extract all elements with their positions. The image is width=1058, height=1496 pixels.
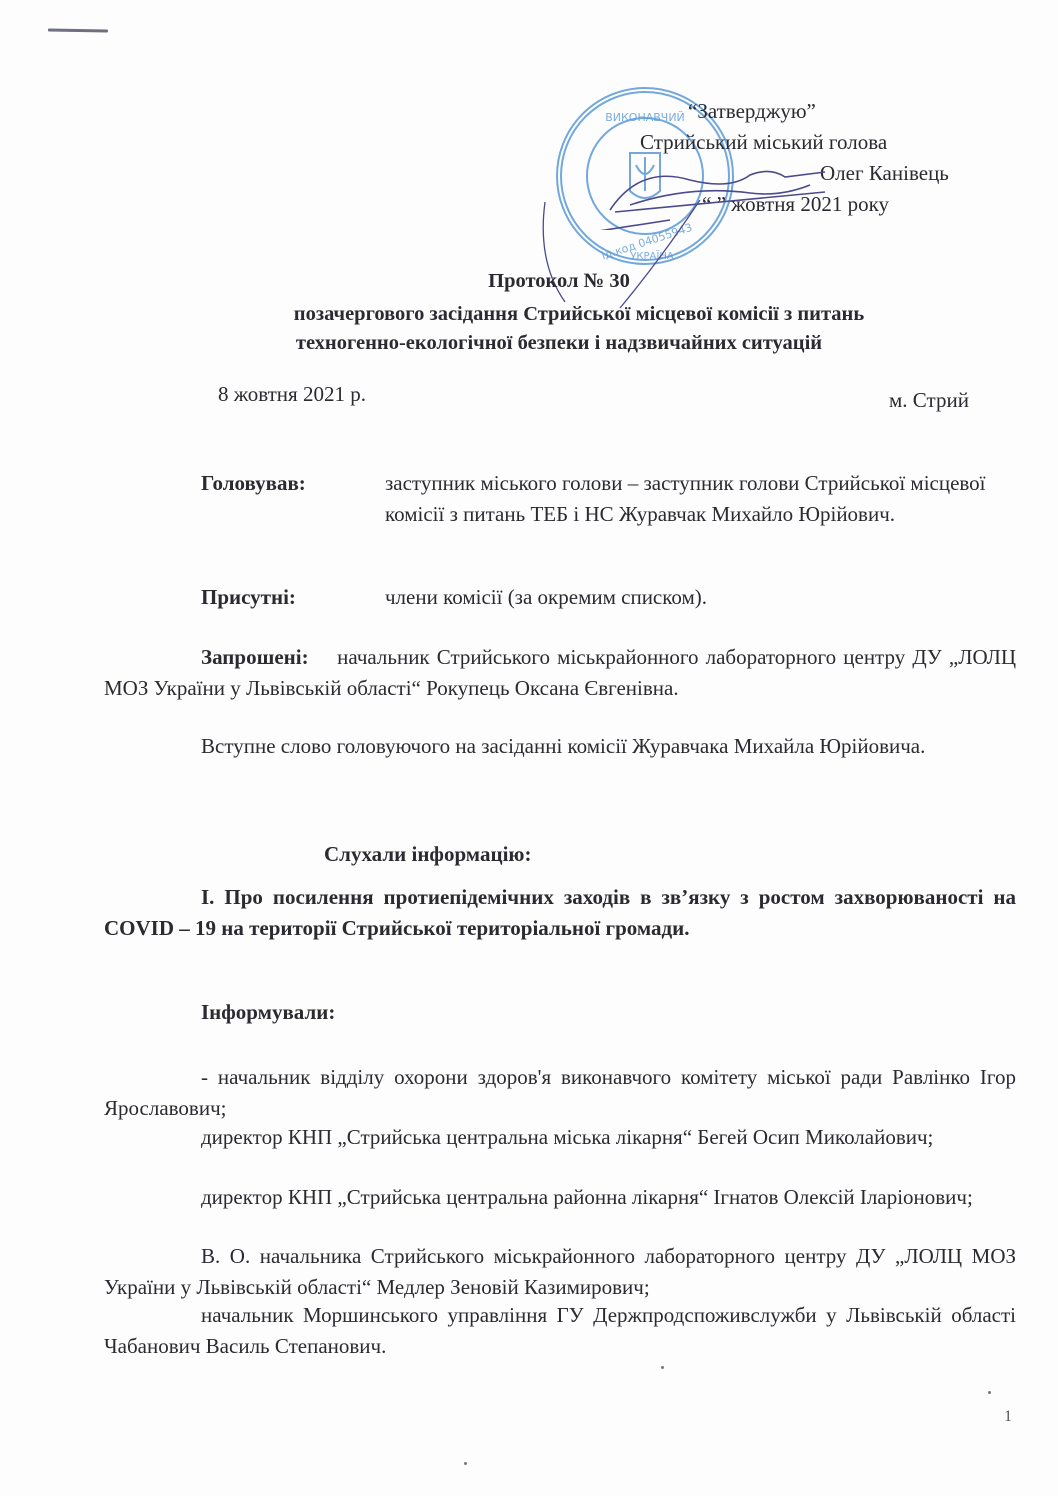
agenda-heading: Слухали інформацію: — [324, 842, 531, 867]
speaker-item: В. О. начальника Стрийського міськрайонн… — [104, 1241, 1016, 1303]
protocol-subtitle-line1: позачергового засідання Стрийської місце… — [50, 303, 1058, 326]
chaired-value: заступник міського голови – заступник го… — [385, 468, 1010, 530]
protocol-title: Протокол № 30 — [30, 270, 1058, 293]
intro-paragraph: Вступне слово головуючого на засіданні к… — [104, 731, 1016, 762]
signature-stroke-icon — [540, 200, 710, 310]
scan-artifact-mark — [48, 28, 108, 32]
meeting-city: м. Стрий — [889, 388, 969, 413]
agenda-item-1: І. Про посилення протиепідемічних заході… — [104, 882, 1016, 944]
informed-heading: Інформували: — [201, 1000, 335, 1025]
chaired-label: Головував: — [201, 468, 306, 499]
invited-label: Запрошені: — [201, 645, 309, 669]
scan-dust-dot — [464, 1462, 467, 1465]
present-label: Присутні: — [201, 582, 296, 613]
speaker-item: начальник Моршинського управління ГУ Дер… — [104, 1300, 1016, 1362]
document-page: ВИКОНАВЧИЙ ід.код 04055943 УКРАЇНА “Затв… — [0, 0, 1058, 1496]
svg-text:ВИКОНАВЧИЙ: ВИКОНАВЧИЙ — [605, 111, 685, 124]
speaker-item: - начальник відділу охорони здоров'я вик… — [104, 1062, 1016, 1124]
invited-paragraph: Запрошені: начальник Стрийського міськра… — [104, 642, 1016, 704]
page-number: 1 — [1004, 1408, 1012, 1426]
meeting-date: 8 жовтня 2021 р. — [218, 382, 366, 407]
approval-heading: “Затверджую” — [688, 96, 816, 127]
scan-dust-dot — [661, 1366, 664, 1369]
speaker-item: директор КНП „Стрийська центральна район… — [104, 1182, 1016, 1213]
scan-dust-dot — [988, 1391, 991, 1394]
protocol-subtitle-line2: техногенно-екологічної безпеки і надзвич… — [30, 332, 1058, 355]
present-value: члени комісії (за окремим списком). — [385, 582, 707, 613]
speaker-item: директор КНП „Стрийська центральна міськ… — [104, 1122, 1016, 1153]
